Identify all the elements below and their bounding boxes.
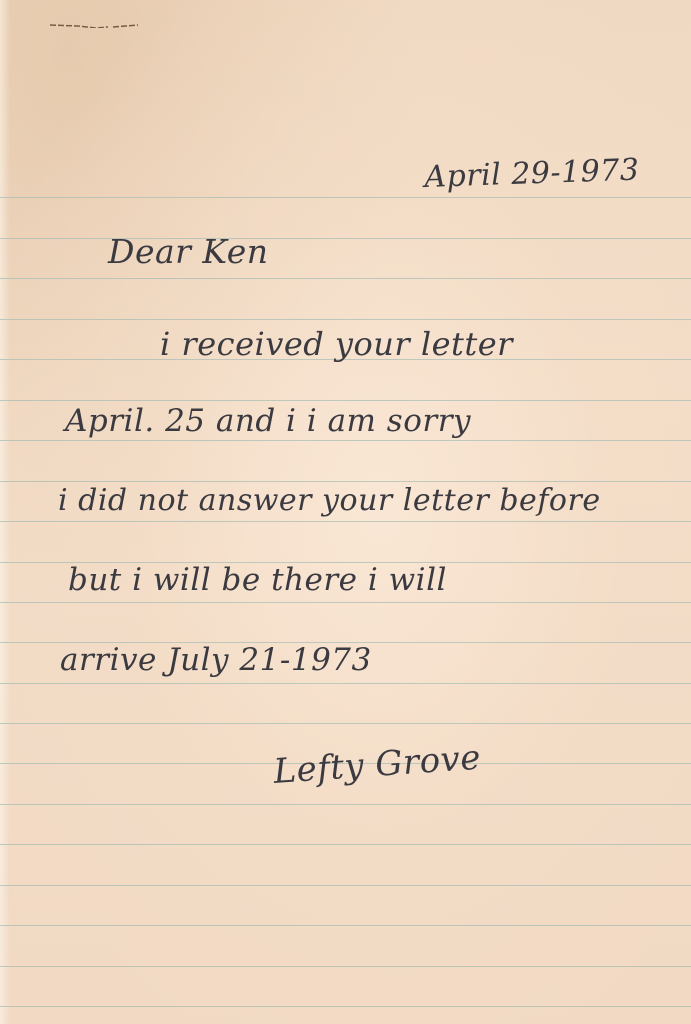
ruled-line (0, 723, 691, 724)
ruled-line (0, 885, 691, 886)
ruled-line (0, 481, 691, 482)
letter-page: April 29-1973 Dear Ken i received your l… (0, 0, 691, 1024)
ruled-line (0, 238, 691, 239)
ruled-line (0, 683, 691, 684)
letter-salutation: Dear Ken (108, 232, 268, 271)
ruled-line (0, 521, 691, 522)
body-line: arrive July 21-1973 (60, 642, 372, 678)
ruled-line (0, 197, 691, 198)
ruled-line (0, 804, 691, 805)
ruled-line (0, 602, 691, 603)
letter-date: April 29-1973 (424, 153, 640, 195)
ruled-line (0, 925, 691, 926)
letter-signature: Lefty Grove (272, 738, 482, 792)
ruled-line (0, 319, 691, 320)
ruled-line (0, 966, 691, 967)
ruled-line (0, 400, 691, 401)
body-line: April. 25 and i i am sorry (65, 403, 471, 439)
body-line: but i will be there i will (68, 562, 447, 598)
body-line: i did not answer your letter before (58, 483, 601, 518)
body-line: i received your letter (160, 325, 513, 363)
ruled-line (0, 278, 691, 279)
paper-crease-mark (38, 20, 143, 28)
ruled-line (0, 1006, 691, 1007)
ruled-line (0, 844, 691, 845)
ruled-line (0, 440, 691, 441)
